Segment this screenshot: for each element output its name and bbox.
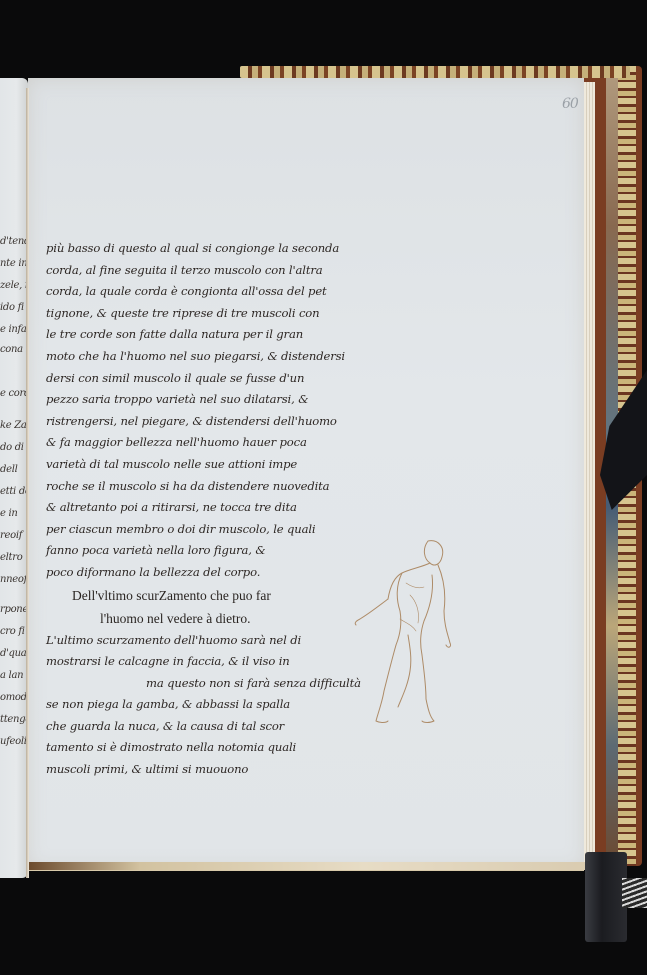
text-line: & fa maggior bellezza nell'huomo hauer p… <box>46 432 386 454</box>
section-heading-line: Dell'vltimo scurZamento che puo far <box>46 584 386 607</box>
margin-fragment: zele, ip <box>0 280 28 291</box>
margin-fragment: e corde <box>0 388 28 399</box>
section-heading-line: l'huomo nel vedere à dietro. <box>46 607 386 630</box>
margin-fragment: cro fi <box>0 626 25 637</box>
manuscript-text: più basso di questo al qual si congionge… <box>46 238 386 781</box>
book-clasp <box>622 878 647 908</box>
margin-fragment: ufeoli <box>0 736 27 747</box>
margin-fragment: ido fi <box>0 302 24 313</box>
margin-fragment: etti de <box>0 486 28 497</box>
book-gutter <box>26 88 29 878</box>
margin-fragment: reoif <box>0 530 22 541</box>
text-line: fanno poca varietà nella loro figura, & <box>46 540 386 562</box>
gilt-top-border <box>240 66 630 78</box>
margin-fragment: ke Za <box>0 420 27 431</box>
margin-fragment: e infa <box>0 324 27 335</box>
text-line: se non piega la gamba, & abbassi la spal… <box>46 694 386 716</box>
page-holder-clip <box>585 852 627 942</box>
text-line: moto che ha l'huomo nel suo piegarsi, & … <box>46 346 386 368</box>
text-line: più basso di questo al qual si congionge… <box>46 238 386 260</box>
margin-fragment: a lan <box>0 670 23 681</box>
text-line: poco diformano la bellezza del corpo. <box>46 562 386 584</box>
text-line: che guarda la nuca, & la causa di tal sc… <box>46 716 386 738</box>
margin-fragment: d'tendo <box>0 236 28 247</box>
text-line: varietà di tal muscolo nelle sue attioni… <box>46 454 386 476</box>
margin-fragment: do di <box>0 442 24 453</box>
text-line: corda, la quale corda è congionta all'os… <box>46 281 386 303</box>
text-line: pezzo saria troppo varietà nel suo dilat… <box>46 389 386 411</box>
text-line: & altretanto poi a ritirarsi, ne tocca t… <box>46 497 386 519</box>
text-line: le tre corde son fatte dalla natura per … <box>46 324 386 346</box>
text-line: corda, al fine seguita il terzo muscolo … <box>46 260 386 282</box>
margin-fragment: rpone <box>0 604 28 615</box>
text-line: ma questo non si farà senza difficultà <box>46 673 386 695</box>
text-line: ristrengersi, nel piegare, & distendersi… <box>46 411 386 433</box>
margin-fragment: eltro <box>0 552 22 563</box>
margin-fragment: nte in fa <box>0 258 28 269</box>
margin-fragment: dell <box>0 464 18 475</box>
text-line: mostrarsi le calcagne in faccia, & il vi… <box>46 651 386 673</box>
text-line: tignone, & queste tre riprese di tre mus… <box>46 303 386 325</box>
margin-fragment: e in <box>0 508 18 519</box>
text-line: tamento si è dimostrato nella notomia qu… <box>46 737 386 759</box>
text-line: dersi con simil muscolo il quale se fuss… <box>46 368 386 390</box>
margin-fragment: ttengo <box>0 714 28 725</box>
facing-left-page: d'tendo nte in fa zele, ip ido fi e infa… <box>0 78 28 878</box>
text-line: roche se il muscolo si ha da distendere … <box>46 476 386 498</box>
margin-fragment: cona <box>0 344 23 355</box>
margin-fragment: nneofi <box>0 574 28 585</box>
margin-fragment: omodo <box>0 692 28 703</box>
text-line: per ciascun membro o doi dir muscolo, le… <box>46 519 386 541</box>
text-line: muscoli primi, & ultimi si muouono <box>46 759 386 781</box>
figure-sketch-illustration <box>350 535 460 730</box>
page-bottom-edge <box>28 862 588 870</box>
text-line: L'ultimo scurzamento dell'huomo sarà nel… <box>46 630 386 652</box>
margin-fragment: d'qual <box>0 648 28 659</box>
folio-number: 60 <box>562 96 578 112</box>
